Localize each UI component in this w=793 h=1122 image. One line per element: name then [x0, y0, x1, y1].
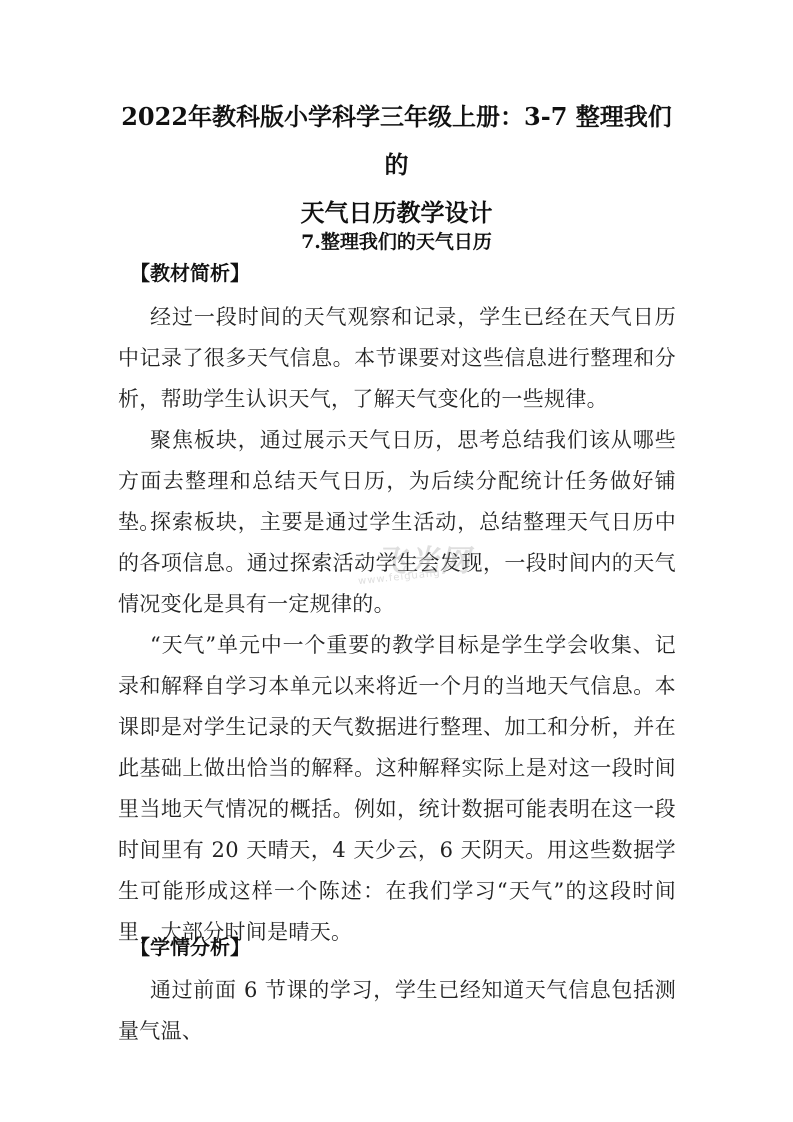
- paragraph: 经过一段时间的天气观察和记录，学生已经在天气日历中记录了很多天气信息。本节课要对…: [118, 297, 676, 420]
- lesson-subtitle: 7.整理我们的天气日历: [110, 227, 683, 257]
- paragraph: 通过前面 6 节课的学习，学生已经知道天气信息包括测量气温、: [118, 970, 676, 1052]
- document-page: 2022年教科版小学科学三年级上册：3-7 整理我们的 天气日历教学设计 7.整…: [0, 0, 793, 1122]
- document-title: 2022年教科版小学科学三年级上册：3-7 整理我们的 天气日历教学设计: [110, 93, 683, 237]
- section-heading-textbook-analysis: 【教材简析】: [130, 258, 250, 288]
- title-line-1: 2022年教科版小学科学三年级上册：3-7 整理我们的: [110, 93, 683, 189]
- paragraph: 探索板块，主要是通过学生活动，总结整理天气日历中的各项信息。通过探索活动学生会发…: [118, 502, 676, 625]
- section-heading-student-analysis: 【学情分析】: [130, 932, 250, 962]
- paragraph: “天气”单元中一个重要的教学目标是学生学会收集、记录和解释自学习本单元以来将近一…: [118, 625, 676, 953]
